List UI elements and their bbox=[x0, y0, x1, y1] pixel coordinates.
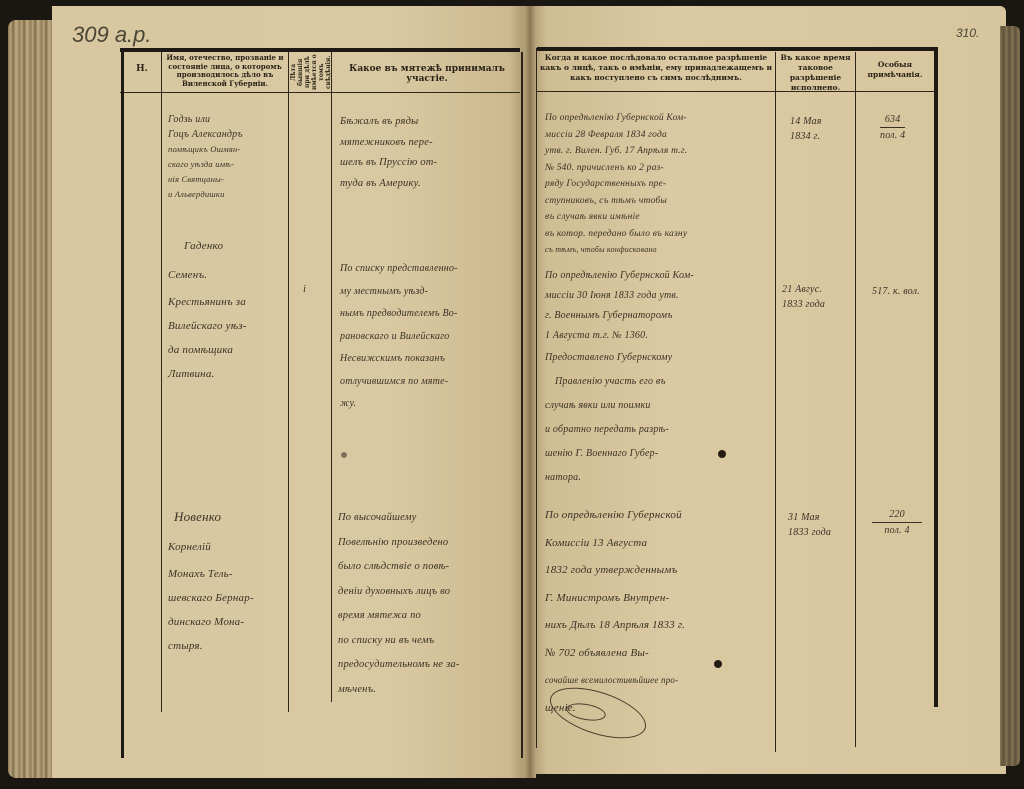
resolution-line: въ случаѣ явки имѣніе bbox=[545, 209, 687, 226]
resolution-line: По опредѣленію Губернской Ком- bbox=[545, 266, 694, 286]
header-notes: Особыя примѣчанія. bbox=[857, 60, 933, 80]
header-name: Имя, отечество, прозваніе и состояніе ли… bbox=[163, 54, 287, 88]
entry-1-notes: 634 пол. 4 bbox=[880, 112, 905, 143]
resolution-line: ступниковъ, съ тѣмъ чтобы bbox=[545, 193, 687, 210]
participation-line: отлучившимся по мяте- bbox=[340, 371, 458, 394]
paper-hole bbox=[714, 660, 722, 668]
resolution-line: Г. Министромъ Внутрен- bbox=[545, 585, 685, 613]
entry-2-notes: 517. к. вол. bbox=[872, 284, 920, 299]
resolution-line: Комиссіи 13 Августа bbox=[545, 530, 685, 558]
entry-1-name: Годзь или Гоцъ Александръ помѣщикъ Ошмян… bbox=[168, 112, 243, 202]
participation-line: По высочайшему bbox=[338, 506, 460, 531]
participation-line: было слѣдствіе о повѣ- bbox=[338, 555, 460, 580]
executed-line: 14 Мая bbox=[790, 114, 822, 129]
page-block-left bbox=[8, 20, 58, 778]
entry-1-executed: 14 Мая 1834 г. bbox=[790, 114, 822, 144]
executed-line: 31 Мая bbox=[788, 510, 831, 525]
resolution-line: г. Военнымъ Губернаторомъ bbox=[545, 306, 694, 326]
notes-line: пол. 4 bbox=[872, 523, 922, 538]
participation-line: рановскаго и Вилейскаго bbox=[340, 326, 458, 349]
participation-line: нымъ предводителемъ Во- bbox=[340, 303, 458, 326]
left-page-right-rule bbox=[521, 52, 523, 758]
name-line: Монахъ Тель- bbox=[168, 562, 254, 586]
right-folio-number: 310. bbox=[956, 26, 979, 40]
name-line: Гаденко bbox=[168, 232, 247, 260]
right-margin-rule bbox=[934, 47, 938, 707]
resolution-line: Правленію участь его въ bbox=[545, 370, 694, 394]
header-executed: Въ какое время таковое разрѣшеніе исполн… bbox=[777, 53, 854, 93]
resolution-line: № 540. причисленъ ко 2 раз- bbox=[545, 160, 687, 177]
notes-line: 220 bbox=[872, 507, 922, 523]
participation-line: мѣченъ. bbox=[338, 678, 460, 703]
participation-line: жу. bbox=[340, 393, 458, 416]
resolution-line: миссіи 28 Февраля 1834 года bbox=[545, 127, 687, 144]
notes-line: 634 bbox=[880, 112, 905, 128]
resolution-line: № 702 объявлена Вы- bbox=[545, 640, 685, 668]
col-rule-executed bbox=[775, 52, 776, 752]
entry-3-notes: 220 пол. 4 bbox=[872, 507, 922, 538]
col-rule-participation bbox=[331, 52, 332, 702]
right-page-left-rule bbox=[536, 48, 537, 748]
resolution-line: 1832 года утвержденнымъ bbox=[545, 557, 685, 585]
name-line: и Альвердишки bbox=[168, 187, 243, 202]
entry-3-executed: 31 Мая 1833 года bbox=[788, 510, 831, 540]
col-rule-name bbox=[161, 52, 162, 712]
name-line: Крестьянинъ за bbox=[168, 290, 247, 314]
notes-line: 517. к. вол. bbox=[872, 284, 920, 299]
resolution-line: шенію Г. Военнаго Губер- bbox=[545, 442, 694, 466]
name-line: нія Святцаны- bbox=[168, 172, 243, 187]
header-bottom-rule-right bbox=[537, 91, 935, 92]
executed-line: 1833 года bbox=[788, 525, 831, 540]
participation-line: предосудительномъ не за- bbox=[338, 653, 460, 678]
resolution-line: съ тѣмъ, чтобы конфисковано bbox=[545, 242, 687, 259]
resolution-line: утв. г. Вилен. Губ. 17 Апрѣля т.г. bbox=[545, 143, 687, 160]
participation-line: мятежниковъ пере- bbox=[340, 133, 437, 154]
participation-line: туда въ Америку. bbox=[340, 174, 437, 195]
entry-2-executed: 21 Авгус. 1833 года bbox=[782, 282, 825, 312]
resolution-line: въ котор. передано было въ казну bbox=[545, 226, 687, 243]
name-line: Гоцъ Александръ bbox=[168, 127, 243, 142]
participation-line: шелъ въ Пруссію от- bbox=[340, 153, 437, 174]
resolution-line: нихъ Дѣлъ 18 Апрѣля 1833 г. bbox=[545, 612, 685, 640]
resolution-line: 1 Августа т.г. № 1360. bbox=[545, 326, 694, 346]
header-resolution: Когда и какое послѣдовало остальное разр… bbox=[538, 53, 774, 83]
col-rule-years bbox=[288, 52, 289, 712]
name-line: Новенко bbox=[168, 502, 254, 532]
notes-line: пол. 4 bbox=[880, 128, 905, 143]
name-line: стыря. bbox=[168, 634, 254, 658]
entry-3-participation: По высочайшему Повелѣнію произведено был… bbox=[338, 506, 460, 702]
resolution-line: и обратно передать разрѣ- bbox=[545, 418, 694, 442]
name-line: да помѣщика bbox=[168, 338, 247, 362]
scanned-ledger-spread: 309 а.р. 310. Н. Имя, отечество, прозван… bbox=[0, 0, 1024, 789]
name-line: Литвина. bbox=[168, 362, 247, 386]
resolution-line: Предоставлено Губернскому bbox=[545, 346, 694, 370]
col-rule-notes bbox=[855, 52, 856, 747]
header-top-rule-right bbox=[537, 47, 935, 51]
entry-2-name: Гаденко Семенъ. Крестьянинъ за Вилейскаг… bbox=[168, 232, 247, 386]
book-gutter bbox=[524, 6, 536, 778]
header-participation: Какое въ мятежѣ принималъ участіе. bbox=[333, 64, 521, 84]
name-line: динскаго Мона- bbox=[168, 610, 254, 634]
resolution-line: натора. bbox=[545, 466, 694, 490]
participation-line: Повелѣнію произведено bbox=[338, 531, 460, 556]
page-block-right bbox=[1000, 26, 1020, 766]
entry-2-participation: По списку представленно- му местнымъ уѣз… bbox=[340, 258, 458, 416]
name-line: скаго уѣзда имѣ- bbox=[168, 157, 243, 172]
participation-line: Бѣжалъ въ ряды bbox=[340, 112, 437, 133]
entry-2-years: і bbox=[303, 280, 306, 301]
header-years: Лѣта бывшія при дѣлѣ имѣется о томъ свѣд… bbox=[290, 52, 330, 92]
participation-line: му местнымъ уѣзд- bbox=[340, 281, 458, 304]
header-bottom-rule-left bbox=[120, 92, 520, 93]
resolution-line: По опредѣленію Губернской bbox=[545, 502, 685, 530]
name-line: Семенъ. bbox=[168, 260, 247, 290]
paper-spot bbox=[341, 452, 347, 458]
entry-3-name: Новенко Корнелій Монахъ Тель- шевскаго Б… bbox=[168, 502, 254, 658]
paper-hole bbox=[718, 450, 726, 458]
name-line: Годзь или bbox=[168, 112, 243, 127]
executed-line: 1833 года bbox=[782, 297, 825, 312]
resolution-line: случаѣ явки или поимки bbox=[545, 394, 694, 418]
name-line: помѣщикъ Ошмян- bbox=[168, 142, 243, 157]
entry-1-participation: Бѣжалъ въ ряды мятежниковъ пере- шелъ въ… bbox=[340, 112, 437, 194]
name-line: шевскаго Бернар- bbox=[168, 586, 254, 610]
participation-line: Несвижскимъ показанъ bbox=[340, 348, 458, 371]
resolution-line: ряду Государственныхъ пре- bbox=[545, 176, 687, 193]
left-folio-number: 309 а.р. bbox=[72, 22, 152, 48]
resolution-line: По опредѣленію Губернской Ком- bbox=[545, 110, 687, 127]
participation-line: время мятежа по bbox=[338, 604, 460, 629]
name-line: Вилейскаго уѣз- bbox=[168, 314, 247, 338]
entry-2-resolution: По опредѣленію Губернской Ком- миссіи 30… bbox=[545, 266, 694, 490]
resolution-line: миссіи 30 Іюня 1833 года утв. bbox=[545, 286, 694, 306]
left-margin-rule bbox=[121, 48, 124, 758]
participation-line: По списку представленно- bbox=[340, 258, 458, 281]
header-number: Н. bbox=[124, 64, 160, 74]
executed-line: 1834 г. bbox=[790, 129, 822, 144]
name-line: Корнелій bbox=[168, 532, 254, 562]
entry-1-resolution: По опредѣленію Губернской Ком- миссіи 28… bbox=[545, 110, 687, 259]
participation-line: деніи духовныхъ лицъ во bbox=[338, 580, 460, 605]
executed-line: 21 Авгус. bbox=[782, 282, 825, 297]
participation-line: по списку ни въ чемъ bbox=[338, 629, 460, 654]
